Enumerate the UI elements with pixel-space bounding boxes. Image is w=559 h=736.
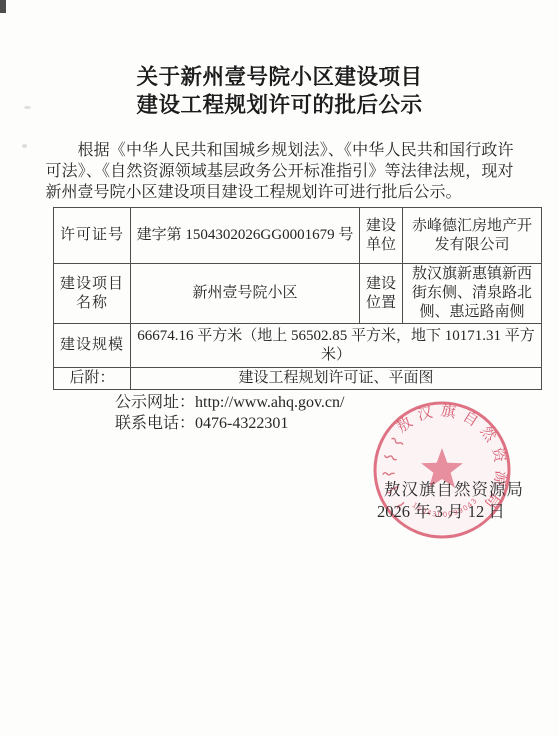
- phone-label: 联系电话：: [115, 415, 195, 432]
- table-row: 建设规模 66674.16 平方米（地上 56502.85 平方米，地下 101…: [54, 324, 542, 368]
- page-title-line2: 建设工程规划许可的批后公示: [0, 91, 559, 119]
- table-row: 许可证号 建字第 1504302026GG0001679 号 建设单位 赤峰德汇…: [54, 208, 542, 264]
- permit-number-label: 许可证号: [54, 208, 131, 264]
- location-value: 敖汉旗新惠镇新西街东侧、清泉路北侧、惠远路南侧: [403, 264, 542, 324]
- signature-authority: 敖汉旗自然资源局: [384, 476, 524, 500]
- table-row: 建设项目名称 新州壹号院小区 建设位置 敖汉旗新惠镇新西街东侧、清泉路北侧、惠远…: [54, 264, 542, 324]
- construction-unit-label: 建设单位: [360, 208, 403, 264]
- scale-value: 66674.16 平方米（地上 56502.85 平方米，地下 10171.31…: [131, 324, 542, 368]
- attachment-value: 建设工程规划许可证、平面图: [131, 368, 542, 390]
- website-label: 公示网址：: [115, 394, 195, 411]
- project-name-value: 新州壹号院小区: [131, 264, 360, 324]
- permit-info-table: 许可证号 建字第 1504302026GG0001679 号 建设单位 赤峰德汇…: [53, 207, 542, 390]
- signature-date: 2026 年 3 月 12 日: [377, 498, 505, 522]
- project-name-label: 建设项目名称: [54, 264, 131, 324]
- construction-unit-value: 赤峰德汇房地产开发有限公司: [403, 208, 542, 264]
- permit-number-value: 建字第 1504302026GG0001679 号: [131, 208, 360, 264]
- website-url: http://www.ahq.gov.cn/: [195, 394, 344, 411]
- attachment-label: 后附：: [54, 368, 131, 390]
- scan-artifact-smudge: [22, 144, 27, 148]
- scanned-notice-page: 关于新州壹号院小区建设项目 建设工程规划许可的批后公示 根据《中华人民共和国城乡…: [0, 0, 559, 736]
- scan-artifact-corner: [0, 0, 6, 13]
- scale-label: 建设规模: [54, 324, 131, 368]
- scan-artifact-smudge: [24, 106, 31, 109]
- location-label: 建设位置: [360, 264, 403, 324]
- intro-paragraph: 根据《中华人民共和国城乡规划法》、《中华人民共和国行政许可法》、《自然资源领域基…: [46, 140, 514, 203]
- page-title-line1: 关于新州壹号院小区建设项目: [0, 63, 559, 91]
- phone-number: 0476-4322301: [195, 415, 288, 432]
- page-title: 关于新州壹号院小区建设项目 建设工程规划许可的批后公示: [0, 0, 559, 119]
- table-row: 后附： 建设工程规划许可证、平面图: [54, 368, 542, 390]
